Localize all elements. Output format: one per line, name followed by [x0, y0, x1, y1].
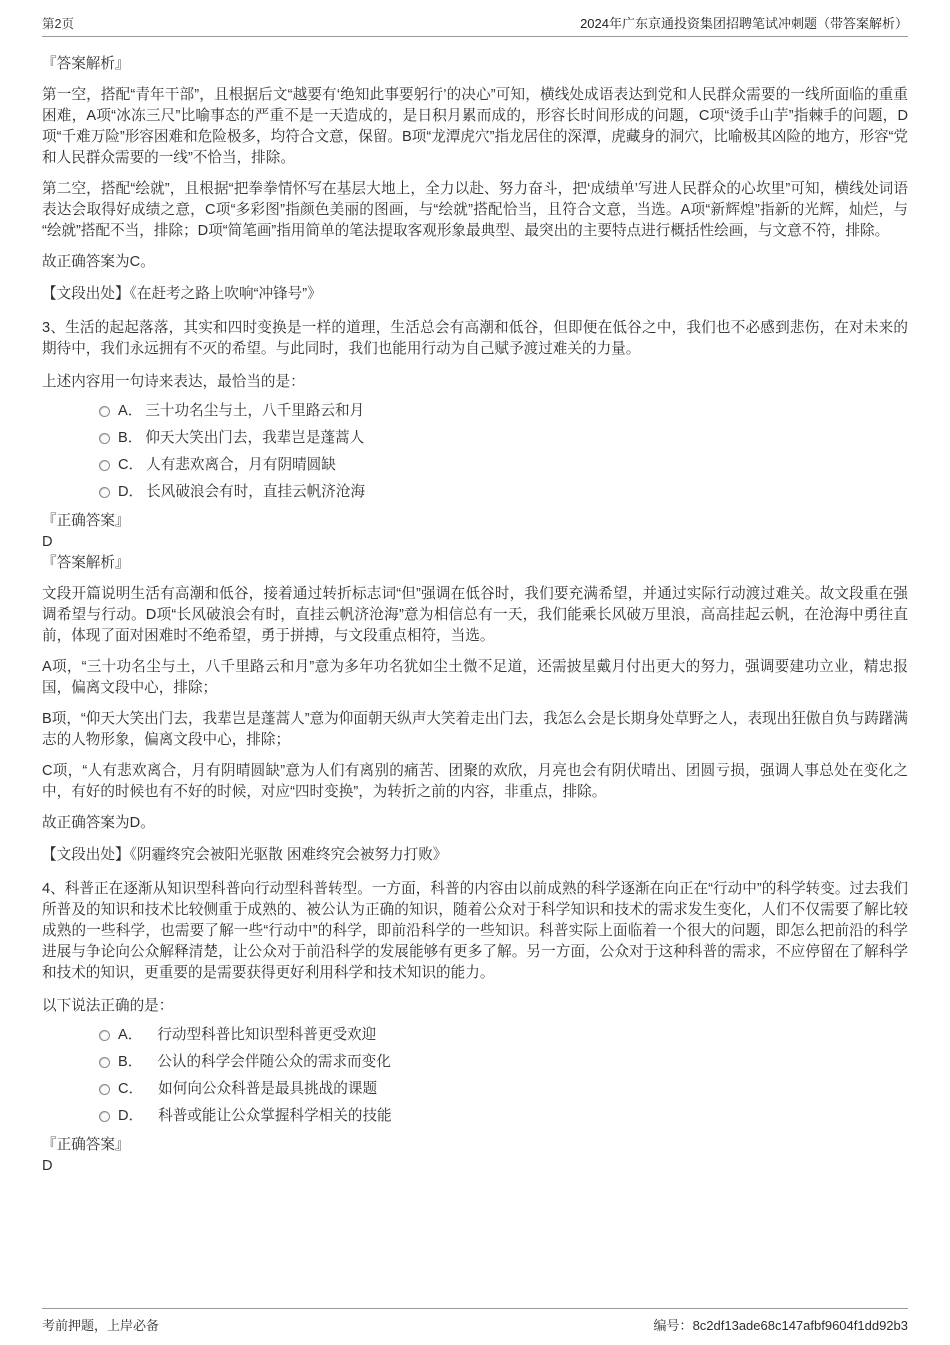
- radio-icon[interactable]: [99, 433, 110, 444]
- document-page: 第2页 2024年广东京通投资集团招聘笔试冲刺题（带答案解析） 『答案解析』 第…: [0, 0, 950, 1177]
- question-3-answer: D: [42, 532, 908, 553]
- serial-value: 8c2df13ade68c147afbf9604f1dd92b3: [693, 1318, 908, 1333]
- document-title: 2024年广东京通投资集团招聘笔试冲刺题（带答案解析）: [580, 13, 908, 32]
- q3-analysis-option-b: B项，“仰天大笑出门去，我辈岂是蓬蒿人”意为仰面朝天纵声大笑着走出门去，我怎么会…: [42, 709, 908, 751]
- option-letter: B．: [118, 428, 142, 449]
- option-text: 仰天大笑出门去，我辈岂是蓬蒿人: [145, 428, 364, 449]
- question-4-stem: 4、科普正在逐渐从知识型科普向行动型科普转型。一方面，科普的内容由以前成熟的科学…: [42, 879, 908, 984]
- footer-slogan: 考前押题，上岸必备: [42, 1315, 159, 1334]
- option-text: 科普或能让公众掌握科学相关的技能: [158, 1106, 392, 1127]
- option-d[interactable]: D． 长风破浪会有时，直挂云帆济沧海: [99, 482, 908, 503]
- option-c[interactable]: C． 人有悲欢离合，月有阴晴圆缺: [99, 455, 908, 476]
- q2-analysis-paragraph-1: 第一空，搭配“青年干部”，且根据后文“越要有‘绝知此事要躬行’的决心”可知，横线…: [42, 85, 908, 169]
- correct-answer-label: 『正确答案』: [42, 511, 908, 532]
- option-text: 长风破浪会有时，直挂云帆济沧海: [146, 482, 365, 503]
- q2-analysis-paragraph-2: 第二空，搭配“绘就”，且根据“把拳拳情怀写在基层大地上，全力以赴、努力奋斗，把‘…: [42, 179, 908, 242]
- answer-analysis-label: 『答案解析』: [42, 54, 908, 75]
- q2-source-reference: 【文段出处】《在赶考之路上吹响“冲锋号”》: [42, 284, 908, 305]
- option-letter: A．: [118, 1025, 142, 1046]
- answer-analysis-label: 『答案解析』: [42, 553, 908, 574]
- option-letter: D．: [118, 1106, 143, 1127]
- option-letter: C．: [118, 455, 143, 476]
- option-text: 行动型科普比知识型科普更受欢迎: [157, 1025, 376, 1046]
- option-a[interactable]: A． 行动型科普比知识型科普更受欢迎: [99, 1025, 908, 1046]
- option-text: 三十功名尘与土，八千里路云和月: [145, 401, 364, 422]
- page-footer: 考前押题，上岸必备 编号：8c2df13ade68c147afbf9604f1d…: [42, 1308, 908, 1334]
- option-c[interactable]: C． 如何向公众科普是最具挑战的课题: [99, 1079, 908, 1100]
- page-content: 『答案解析』 第一空，搭配“青年干部”，且根据后文“越要有‘绝知此事要躬行’的决…: [42, 37, 908, 1177]
- question-4-prompt: 以下说法正确的是：: [42, 996, 908, 1017]
- q3-analysis-option-a: A项，“三十功名尘与土，八千里路云和月”意为多年功名犹如尘土微不足道，还需披星戴…: [42, 657, 908, 699]
- option-text: 公认的科学会伴随公众的需求而变化: [157, 1052, 391, 1073]
- q3-analysis-main: 文段开篇说明生活有高潮和低谷，接着通过转折标志词“但”强调在低谷时，我们要充满希…: [42, 584, 908, 647]
- option-text: 人有悲欢离合，月有阴晴圆缺: [146, 455, 336, 476]
- option-text: 如何向公众科普是最具挑战的课题: [158, 1079, 377, 1100]
- option-letter: A．: [118, 401, 142, 422]
- page-number: 第2页: [42, 14, 74, 32]
- radio-icon[interactable]: [99, 487, 110, 498]
- option-letter: B．: [118, 1052, 142, 1073]
- radio-icon[interactable]: [99, 1111, 110, 1122]
- q2-conclusion: 故正确答案为C。: [42, 252, 908, 273]
- option-letter: C．: [118, 1079, 143, 1100]
- correct-answer-label: 『正确答案』: [42, 1135, 908, 1156]
- option-a[interactable]: A． 三十功名尘与土，八千里路云和月: [99, 401, 908, 422]
- radio-icon[interactable]: [99, 1057, 110, 1068]
- q3-conclusion: 故正确答案为D。: [42, 813, 908, 834]
- q3-source-reference: 【文段出处】《阴霾终究会被阳光驱散 困难终究会被努力打败》: [42, 845, 908, 866]
- option-b[interactable]: B． 仰天大笑出门去，我辈岂是蓬蒿人: [99, 428, 908, 449]
- question-4-answer: D: [42, 1156, 908, 1177]
- question-3-prompt: 上述内容用一句诗来表达，最恰当的是：: [42, 372, 908, 393]
- question-3-options: A． 三十功名尘与土，八千里路云和月 B． 仰天大笑出门去，我辈岂是蓬蒿人 C．…: [42, 401, 908, 503]
- radio-icon[interactable]: [99, 460, 110, 471]
- option-letter: D．: [118, 482, 143, 503]
- footer-serial: 编号：8c2df13ade68c147afbf9604f1dd92b3: [654, 1315, 908, 1334]
- option-b[interactable]: B． 公认的科学会伴随公众的需求而变化: [99, 1052, 908, 1073]
- q3-analysis-option-c: C项，“人有悲欢离合，月有阴晴圆缺”意为人们有离别的痛苦、团聚的欢欣，月亮也会有…: [42, 761, 908, 803]
- radio-icon[interactable]: [99, 1084, 110, 1095]
- radio-icon[interactable]: [99, 1030, 110, 1041]
- option-d[interactable]: D． 科普或能让公众掌握科学相关的技能: [99, 1106, 908, 1127]
- serial-label: 编号：: [654, 1318, 693, 1333]
- page-header: 第2页 2024年广东京通投资集团招聘笔试冲刺题（带答案解析）: [42, 13, 908, 37]
- question-4-options: A． 行动型科普比知识型科普更受欢迎 B． 公认的科学会伴随公众的需求而变化 C…: [42, 1025, 908, 1127]
- radio-icon[interactable]: [99, 406, 110, 417]
- question-3-stem: 3、生活的起起落落，其实和四时变换是一样的道理，生活总会有高潮和低谷，但即便在低…: [42, 318, 908, 360]
